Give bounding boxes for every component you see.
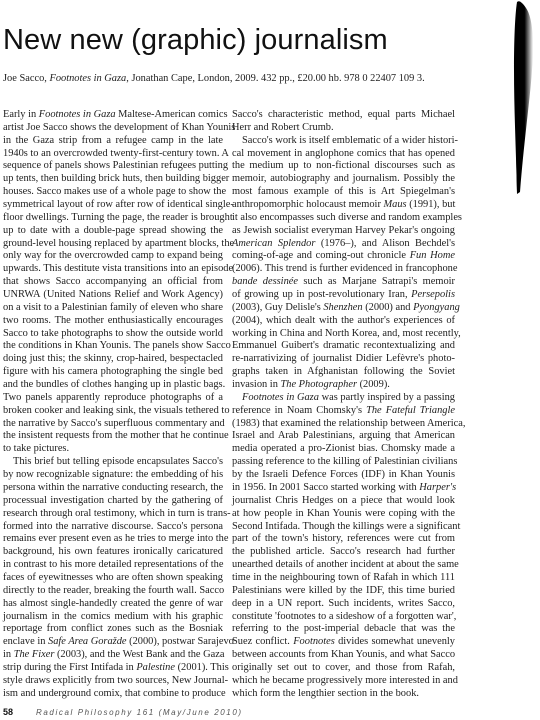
text-line: reference in Noam Chomsky's The Fateful … — [232, 405, 455, 418]
text-segment: style draws explicitly from two sources,… — [3, 675, 228, 686]
text-line: that shows Sacco accompanying an officia… — [3, 276, 223, 289]
text-segment: in — [3, 649, 14, 660]
text-line: American Splendor (1976–), and Alison Be… — [232, 238, 455, 251]
text-segment: reference in Noam Chomsky's — [232, 405, 366, 416]
text-line: This brief but telling episode encapsula… — [3, 456, 223, 469]
text-segment: media operated a pro-Zionist bias. Choms… — [232, 443, 455, 454]
text-line: graphs taken in Afghanistan following th… — [232, 366, 455, 379]
italic-title-text: Footnotes in Gaza — [242, 392, 319, 403]
text-segment: (2004), which dealt with the author's ex… — [232, 315, 455, 326]
text-segment: time in the neighbouring town of Rafah i… — [232, 572, 455, 583]
italic-title-text: Palestine — [136, 662, 175, 673]
text-line: journalist Chris Hedges on a piece that … — [232, 495, 455, 508]
italic-title-text: The Fixer — [14, 649, 55, 660]
text-segment: research through oral testimony, which i… — [3, 508, 231, 519]
text-line: remains ever present even as he tries to… — [3, 533, 223, 546]
text-line: at how people in Khan Younis were coping… — [232, 508, 455, 521]
text-line: UNRWA (United Nations Relief and Work Ag… — [3, 289, 223, 302]
text-segment: 1940s to an overcrowded twenty-first-cen… — [3, 148, 229, 159]
italic-title-text: Shenzhen — [323, 302, 362, 313]
text-segment: (2006). This trend is further evidenced … — [232, 263, 457, 274]
text-line: background, his own features ironically … — [3, 546, 223, 559]
text-segment: Early in — [3, 109, 39, 120]
text-line: ism and underground comix, that combine … — [3, 688, 223, 701]
text-line: as Jewish socialist everyman Harvey Peka… — [232, 225, 455, 238]
text-segment: deep in a UN report. Such incidents, wri… — [232, 598, 455, 609]
text-segment: strip during the First Intifada in — [3, 662, 136, 673]
text-segment: in contrast to his more detailed represe… — [3, 559, 223, 570]
text-line: doing just this; the skinny, crop-haired… — [3, 353, 223, 366]
text-line: houses. Sacco makes use of a whole page … — [3, 186, 223, 199]
text-line: broken cooker and leaking sink, the visu… — [3, 405, 223, 418]
text-line: originally set out to cover, and those f… — [232, 662, 455, 675]
italic-title-text: American Splendor — [232, 238, 315, 249]
italic-title-text: Fun Home — [410, 250, 455, 261]
text-line: unearthed details of another incident at… — [232, 559, 455, 572]
text-segment: upwards. This destitute vista transition… — [3, 263, 233, 274]
text-line: persona within the narrative conducting … — [3, 482, 223, 495]
text-segment: unearthed details of another incident at… — [232, 559, 459, 570]
text-segment: of growing up in post-revolutionary Iran… — [232, 289, 411, 300]
text-line: coming-of-age and coming-out chronicle F… — [232, 250, 455, 263]
text-segment: (1976–), and Alison Bechdel's — [315, 238, 455, 249]
text-line: the insistent requests from the mother t… — [3, 430, 223, 443]
text-segment: on a visit to a Palestinian family of el… — [3, 302, 223, 313]
text-segment: Maltese-American comics — [116, 109, 228, 120]
text-line: which he became progressively more inter… — [232, 675, 455, 688]
text-line: in the Gaza strip from a refugee camp in… — [3, 135, 223, 148]
text-line: (2006). This trend is further evidenced … — [232, 263, 455, 276]
text-line: figure with his camera photographing the… — [3, 366, 223, 379]
text-line: Suez conflict. Footnotes divides somewha… — [232, 636, 455, 649]
page-number: 58 — [3, 707, 36, 718]
italic-title-text: Pyongyang — [413, 302, 460, 313]
text-segment: was partly inspired by a passing — [319, 392, 455, 403]
text-line: only way for the overcrowded camp to exp… — [3, 250, 223, 263]
text-line: style draws explicitly from two sources,… — [3, 675, 223, 688]
text-segment: constitute 'footnotes to a sideshow of a… — [232, 611, 456, 622]
text-line: upwards. This destitute vista transition… — [3, 263, 223, 276]
text-segment: (2003), and the West Bank and the Gaza — [54, 649, 224, 660]
text-line: time in the neighbouring town of Rafah i… — [232, 572, 455, 585]
text-line: of growing up in post-revolutionary Iran… — [232, 289, 455, 302]
text-segment: journalism in the comics medium with his… — [3, 611, 223, 622]
text-segment: only way for the overcrowded camp to exp… — [3, 250, 223, 261]
article-title: New new (graphic) journalism — [3, 24, 388, 56]
text-line: 1940s to an overcrowded twenty-first-cen… — [3, 148, 223, 161]
text-segment: reportage from conflict zones such as th… — [3, 623, 223, 634]
book-citation: Joe Sacco, Footnotes in Gaza, Jonathan C… — [3, 72, 425, 85]
text-segment: Sacco's characteristic method, equal par… — [232, 109, 455, 120]
text-segment: ism and underground comix, that combine … — [3, 688, 226, 699]
text-line: (2004), which dealt with the author's ex… — [232, 315, 455, 328]
text-line: working in China and North Korea, and, m… — [232, 328, 455, 341]
text-line: between accounts from Khan Younis, and w… — [232, 649, 455, 662]
text-line: in The Fixer (2003), and the West Bank a… — [3, 649, 223, 662]
text-line: passing reference to the killing of Pale… — [232, 456, 455, 469]
text-segment: between accounts from Khan Younis, and w… — [232, 649, 455, 660]
text-line: two rooms. The mother enthusiastically e… — [3, 315, 223, 328]
text-line: re-narrativizing of journalist Didier Le… — [232, 353, 455, 366]
citation-details: , Jonathan Cape, London, 2009. 432 pp., … — [126, 73, 424, 84]
right-text-column: Sacco's characteristic method, equal par… — [232, 109, 455, 701]
text-segment: enclave in — [3, 636, 48, 647]
text-line: in contrast to his more detailed represe… — [3, 559, 223, 572]
text-line: floor dwellings. Turning the page, the r… — [3, 212, 223, 225]
text-segment: working in China and North Korea, and, m… — [232, 328, 461, 339]
text-segment: (1991), but — [407, 199, 456, 210]
text-segment: broken cooker and leaking sink, the visu… — [3, 405, 230, 416]
text-segment: graphs taken in Afghanistan following th… — [232, 366, 455, 377]
text-line: reportage from conflict zones such as th… — [3, 623, 223, 636]
text-line: Palestinians were killed by the IDF, thi… — [232, 585, 455, 598]
text-segment: floor dwellings. Turning the page, the r… — [3, 212, 233, 223]
text-line: Two panels apparently reproduce photogra… — [3, 392, 223, 405]
text-segment: originally set out to cover, and those f… — [232, 662, 455, 673]
italic-title-text: Harper's — [419, 482, 456, 493]
text-segment: Herr and Robert Crumb. — [232, 122, 334, 133]
text-line: Israel and Arab Palestinians, arguing th… — [232, 430, 455, 443]
text-segment: symmetrical layout of row after row of i… — [3, 199, 234, 210]
text-segment: invasion in — [232, 379, 281, 390]
text-line: artist Joe Sacco shows the development o… — [3, 122, 223, 135]
text-line: faces of eyewitnesses who are often show… — [3, 572, 223, 585]
text-segment: Sacco to take photographs to show the ou… — [3, 328, 223, 339]
text-segment: (2000) and — [363, 302, 414, 313]
text-segment: (2009). — [357, 379, 390, 390]
text-line: by now recognizable signature: the embed… — [3, 469, 223, 482]
text-segment: background, his own features ironically … — [3, 546, 223, 557]
text-segment: Emmanuel Guibert's dramatic recontextual… — [232, 340, 455, 351]
text-segment: coming-of-age and coming-out chronicle — [232, 250, 410, 261]
text-segment: to take pictures. — [3, 443, 69, 454]
text-segment: persona within the narrative conducting … — [3, 482, 223, 493]
text-line: deep in a UN report. Such incidents, wri… — [232, 598, 455, 611]
text-line: constitute 'footnotes to a sideshow of a… — [232, 611, 455, 624]
text-segment: has almost single-handedly created the g… — [3, 598, 223, 609]
text-segment: by now recognizable signature: the embed… — [3, 469, 223, 480]
text-segment: figure with his camera photographing the… — [3, 366, 223, 377]
italic-title-text: Maus — [384, 199, 407, 210]
text-segment: houses. Sacco makes use of a whole page … — [3, 186, 226, 197]
text-line: Early in Footnotes in Gaza Maltese-Ameri… — [3, 109, 223, 122]
text-line: part of the town's history, references w… — [232, 533, 455, 546]
text-line: Sacco's work is itself emblematic of a w… — [232, 135, 455, 148]
text-segment: processual investigation charted by the … — [3, 495, 223, 506]
text-segment: the medium up to non-fictional discourse… — [232, 160, 455, 171]
text-line: cal movement in anglophone comics that h… — [232, 148, 455, 161]
text-segment: (2003), Guy Delisle's — [232, 302, 323, 313]
text-segment: directly to the reader, breaking the fou… — [3, 585, 224, 596]
text-segment: divides somewhat unevenly — [335, 636, 455, 647]
text-line: (1983) that examined the relationship be… — [232, 418, 455, 431]
text-line: journalism in the comics medium with his… — [3, 611, 223, 624]
text-segment: Palestinians were killed by the IDF, thi… — [232, 585, 455, 596]
text-segment: which he became progressively more inter… — [232, 675, 458, 686]
text-line: (2003), Guy Delisle's Shenzhen (2000) an… — [232, 302, 455, 315]
text-segment: the insistent requests from the mother t… — [3, 430, 229, 441]
text-segment: ground-level housing replaced by apartme… — [3, 238, 234, 249]
text-segment: referring to the post-imperial debacle t… — [232, 623, 455, 634]
italic-title-text: The Fateful Triangle — [366, 405, 455, 416]
text-line: the narrative by Sacco's superfluous com… — [3, 418, 223, 431]
scan-ink-smudge-icon — [510, 0, 536, 196]
text-segment: Suez conflict. — [232, 636, 293, 647]
text-line: ground-level housing replaced by apartme… — [3, 238, 223, 251]
text-line: formed into the narrative discourse. Sac… — [3, 521, 223, 534]
text-line: has almost single-handedly created the g… — [3, 598, 223, 611]
text-line: memoir, autobiography and journalism. Po… — [232, 173, 455, 186]
text-segment: cal movement in anglophone comics that h… — [232, 148, 455, 159]
italic-title-text: Footnotes — [293, 636, 335, 647]
text-segment: (2001). This — [175, 662, 229, 673]
text-segment: part of the town's history, references w… — [232, 533, 455, 544]
text-segment: the published article. Sacco's research … — [232, 546, 455, 557]
journal-citation: Radical Philosophy 161 (May/June 2010) — [36, 708, 243, 717]
text-segment: sequence of panels shows Palestinian ref… — [3, 160, 228, 171]
text-segment: in the Gaza strip from a refugee camp in… — [3, 135, 223, 146]
text-line: Second Intifada. Though the killings wer… — [232, 521, 455, 534]
text-segment: Second Intifada. Though the killings wer… — [232, 521, 460, 532]
text-segment: that shows Sacco accompanying an officia… — [3, 276, 223, 287]
text-line: Herr and Robert Crumb. — [232, 122, 455, 135]
text-line: to take pictures. — [3, 443, 223, 456]
italic-title-text: bande dessinée — [232, 276, 298, 287]
text-segment: the narrative by Sacco's superfluous com… — [3, 418, 225, 429]
text-line: bande dessinée such as Marjane Satrapi's… — [232, 276, 455, 289]
text-line: media operated a pro-Zionist bias. Choms… — [232, 443, 455, 456]
text-line: sequence of panels shows Palestinian ref… — [3, 160, 223, 173]
italic-title-text: The Photographer — [281, 379, 357, 390]
text-segment: at how people in Khan Younis were coping… — [232, 508, 455, 519]
citation-author: Joe Sacco, — [3, 73, 49, 84]
text-segment: the conditions in Khan Younis. The panel… — [3, 340, 231, 351]
text-line: strip during the First Intifada in Pales… — [3, 662, 223, 675]
text-line: most famous example of this is Art Spieg… — [232, 186, 455, 199]
text-line: by the Israeli Defence Forces (IDF) in K… — [232, 469, 455, 482]
text-segment: up tents, then building brick huts, then… — [3, 173, 229, 184]
text-segment: Israel and Arab Palestinians, arguing th… — [232, 430, 455, 441]
text-segment: such as Marjane Satrapi's memoir — [298, 276, 455, 287]
text-segment: Two panels apparently reproduce photogra… — [3, 392, 223, 403]
text-line: enclave in Safe Area Goražde (2000), pos… — [3, 636, 223, 649]
citation-book-title: Footnotes in Gaza — [49, 73, 126, 84]
text-segment: memoir, autobiography and journalism. Po… — [232, 173, 455, 184]
text-line: in 1956. In 2001 Sacco started working w… — [232, 482, 455, 495]
text-segment: (1983) that examined the relationship be… — [232, 418, 465, 429]
text-segment: artist Joe Sacco shows the development o… — [3, 122, 235, 133]
text-segment: doing just this; the skinny, crop-haired… — [3, 353, 223, 364]
left-text-column: Early in Footnotes in Gaza Maltese-Ameri… — [3, 109, 223, 701]
text-segment: faces of eyewitnesses who are often show… — [3, 572, 223, 583]
text-line: up tents, then building brick huts, then… — [3, 173, 223, 186]
text-segment: anthropomorphic holocaust memoir — [232, 199, 384, 210]
text-line: up to date with a double-page spread sho… — [3, 225, 223, 238]
text-segment: up to date with a double-page spread sho… — [3, 225, 223, 236]
text-line: directly to the reader, breaking the fou… — [3, 585, 223, 598]
text-segment: two rooms. The mother enthusiastically e… — [3, 315, 223, 326]
text-line: anthropomorphic holocaust memoir Maus (1… — [232, 199, 455, 212]
text-segment: it also encompasses such diverse and ran… — [232, 212, 462, 223]
text-segment: UNRWA (United Nations Relief and Work Ag… — [3, 289, 223, 300]
text-line: symmetrical layout of row after row of i… — [3, 199, 223, 212]
text-line: the published article. Sacco's research … — [232, 546, 455, 559]
text-segment: by the Israeli Defence Forces (IDF) in K… — [232, 469, 455, 480]
text-segment: in 1956. In 2001 Sacco started working w… — [232, 482, 419, 493]
text-segment: (2000), postwar Sarajevo — [127, 636, 234, 647]
text-line: it also encompasses such diverse and ran… — [232, 212, 455, 225]
text-line: invasion in The Photographer (2009). — [232, 379, 455, 392]
text-line: referring to the post-imperial debacle t… — [232, 623, 455, 636]
text-line: Footnotes in Gaza was partly inspired by… — [232, 392, 455, 405]
text-line: Sacco's characteristic method, equal par… — [232, 109, 455, 122]
text-line: Sacco to take photographs to show the ou… — [3, 328, 223, 341]
text-line: on a visit to a Palestinian family of el… — [3, 302, 223, 315]
text-segment: This brief but telling episode encapsula… — [13, 456, 223, 467]
text-line: the conditions in Khan Younis. The panel… — [3, 340, 223, 353]
text-line: which form the lengthier section in the … — [232, 688, 455, 701]
text-line: the medium up to non-fictional discourse… — [232, 160, 455, 173]
italic-title-text: Safe Area Goražde — [48, 636, 127, 647]
text-line: Emmanuel Guibert's dramatic recontextual… — [232, 340, 455, 353]
text-segment: journalist Chris Hedges on a piece that … — [232, 495, 455, 506]
text-segment: which form the lengthier section in the … — [232, 688, 419, 699]
italic-title-text: Persepolis — [411, 289, 455, 300]
page-footer: 58Radical Philosophy 161 (May/June 2010) — [3, 707, 243, 718]
text-segment: as Jewish socialist everyman Harvey Peka… — [232, 225, 455, 236]
text-line: research through oral testimony, which i… — [3, 508, 223, 521]
text-segment: Sacco's work is itself emblematic of a w… — [242, 135, 458, 146]
text-segment: passing reference to the killing of Pale… — [232, 456, 457, 467]
text-segment: remains ever present even as he tries to… — [3, 533, 228, 544]
text-segment: re-narrativizing of journalist Didier Le… — [232, 353, 455, 364]
text-line: and the bundles of clothes hanging up in… — [3, 379, 223, 392]
italic-title-text: Footnotes in Gaza — [39, 109, 116, 120]
text-segment: most famous example of this is Art Spieg… — [232, 186, 455, 197]
text-line: processual investigation charted by the … — [3, 495, 223, 508]
text-segment: formed into the narrative discourse. Sac… — [3, 521, 223, 532]
text-segment: and the bundles of clothes hanging up in… — [3, 379, 225, 390]
